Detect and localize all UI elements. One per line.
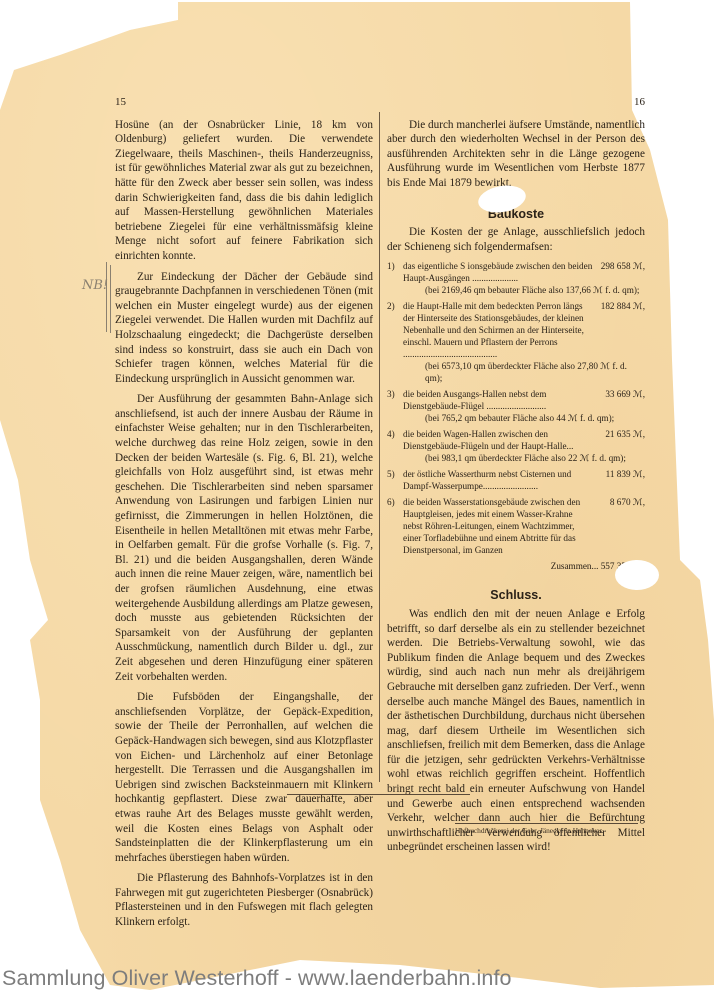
- pencil-margin-line: [106, 262, 107, 332]
- cost-item-number: 1): [387, 260, 403, 296]
- paragraph-floors: Die Fufsböden der Eingangshalle, der ans…: [115, 690, 373, 865]
- cost-item-number: 5): [387, 468, 403, 492]
- imprint-rule: [455, 823, 638, 824]
- cost-item-text: der östliche Wasserthurm nebst Cisternen…: [403, 468, 593, 492]
- cost-item: 3) die beiden Ausgangs-Hallen nebst dem …: [387, 388, 645, 424]
- cost-item-amount: 182 884 ℳ,: [593, 300, 645, 360]
- left-page-column: 15 Hosüne (an der Osnabrücker Linie, 18 …: [115, 95, 373, 936]
- cost-item-text: die beiden Wagen-Hallen zwischen den Die…: [403, 428, 593, 452]
- paragraph-paving: Die Pflasterung des Bahnhofs-Vorplatzes …: [115, 871, 373, 929]
- paragraph-costs-intro: Die Kosten der ge Anlage, ausschliefslic…: [387, 225, 645, 254]
- cost-total: Zusammen... 557 355 ℳ.: [387, 560, 645, 572]
- cost-item-text: die beiden Ausgangs-Hallen nebst dem Die…: [403, 388, 593, 412]
- heading-conclusion: Schluss.: [387, 588, 645, 603]
- cost-item-text: die beiden Wasserstationsgebäude zwische…: [403, 496, 593, 556]
- paragraph-roofing: Zur Eindeckung der Dächer der Gebäude si…: [115, 270, 373, 387]
- printer-imprint: Hofbuchdruckerei der Gebr. Jänecke in Ha…: [455, 826, 603, 835]
- cost-list: 1) das eigentliche S ionsgebäude zwische…: [387, 260, 645, 572]
- cost-item-amount: 33 669 ℳ,: [593, 388, 645, 412]
- right-page-column: 16 Die durch mancherlei äufsere Umstände…: [387, 95, 645, 861]
- cost-item-number: 3): [387, 388, 403, 424]
- cost-item-note: (bei 6573,10 qm überdeckter Fläche also …: [403, 360, 645, 384]
- cost-item-amount: 21 635 ℳ,: [593, 428, 645, 452]
- cost-item-number: 2): [387, 300, 403, 384]
- cost-item: 1) das eigentliche S ionsgebäude zwische…: [387, 260, 645, 296]
- paper-hole: [615, 560, 659, 590]
- cost-item-note: (bei 765,2 qm bebauter Fläche also 44 ℳ …: [403, 412, 645, 424]
- cost-item-note: (bei 983,1 qm überdeckter Fläche also 22…: [403, 452, 645, 464]
- cost-item-text: das eigentliche S ionsgebäude zwischen d…: [403, 260, 593, 284]
- paragraph-construction-period: Die durch mancherlei äufsere Umstände, n…: [387, 118, 645, 191]
- cost-item: 2) die Haupt-Halle mit dem bedeckten Per…: [387, 300, 645, 384]
- column-divider: [379, 112, 380, 782]
- cost-item-note: (bei 2169,46 qm bebauter Fläche also 137…: [403, 284, 645, 296]
- cost-item-amount: 11 839 ℳ,: [593, 468, 645, 492]
- cost-item-number: 6): [387, 496, 403, 556]
- cost-item-amount: 8 670 ℳ,: [593, 496, 645, 556]
- end-rule: [287, 794, 470, 795]
- cost-item: 6) die beiden Wasserstationsgebäude zwis…: [387, 496, 645, 556]
- heading-construction-costs: Baukoste: [387, 207, 645, 222]
- page-number-left: 15: [115, 95, 373, 110]
- collection-watermark: Sammlung Oliver Westerhoff - www.laender…: [2, 966, 512, 991]
- pencil-margin-line: [110, 265, 111, 333]
- page-number-right: 16: [387, 95, 645, 110]
- cost-item-amount: 298 658 ℳ,: [593, 260, 645, 284]
- cost-item-text: die Haupt-Halle mit dem bedeckten Perron…: [403, 300, 593, 360]
- cost-item: 5) der östliche Wasserthurm nebst Cister…: [387, 468, 645, 492]
- paragraph-bricks: Hosüne (an der Osnabrücker Linie, 18 km …: [115, 118, 373, 264]
- pencil-margin-note: NB!: [82, 278, 108, 293]
- cost-item-number: 4): [387, 428, 403, 464]
- paragraph-conclusion: Was endlich den mit der neuen Anlage e E…: [387, 607, 645, 855]
- cost-item: 4) die beiden Wagen-Hallen zwischen den …: [387, 428, 645, 464]
- paragraph-interior: Der Ausführung der gesammten Bahn-Anlage…: [115, 392, 373, 684]
